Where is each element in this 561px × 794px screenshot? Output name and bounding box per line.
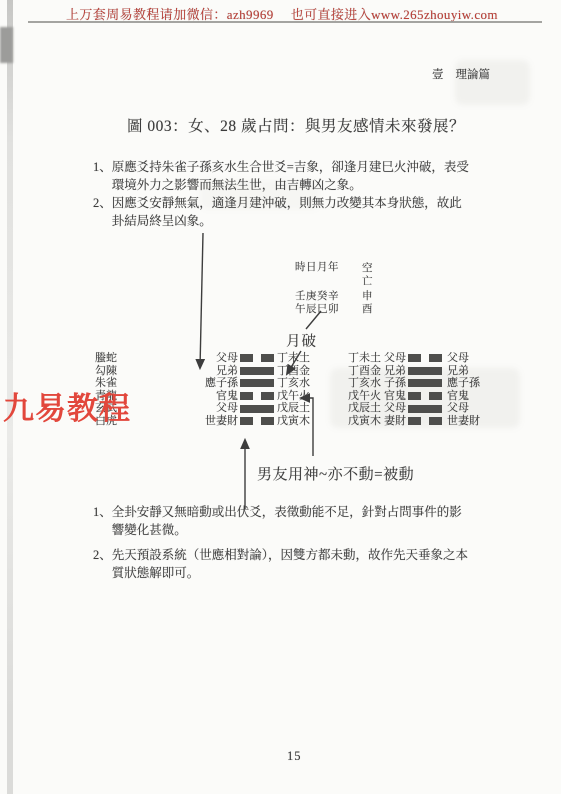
watermark-logo: 九易教程 — [3, 383, 131, 428]
hexagram-row: 父母 戊辰土 — [193, 402, 310, 415]
hexagram-resulting: 丁未土 父母 父母 丁酉金 兄弟 兄弟 丁亥水 子孫 應子孫 戊午火 官鬼 官鬼… — [348, 352, 480, 428]
arrow-to-ying-line — [200, 233, 203, 368]
scan-edge-dark-mark — [0, 27, 13, 63]
header-rule — [28, 21, 542, 23]
yao-line — [408, 405, 442, 413]
ganzhi-label: 戊午火 — [348, 390, 382, 403]
yao-line — [240, 354, 274, 362]
analysis-bottom-block: 1、 全卦安靜又無暗動或出伏爻，表徵動能不足，針對占問事件的影響變化甚微。 2、… — [93, 503, 471, 589]
ganzhi-label: 丁未土 — [348, 352, 382, 365]
relation-label: 應子孫 — [193, 377, 238, 390]
yao-line — [408, 379, 442, 387]
item-number: 1、 — [93, 158, 112, 194]
analysis-item: 1、 原應爻持朱雀子孫亥水生合世爻=吉象，卻逢月建巳火沖破，表受環境外力之影響而… — [93, 158, 471, 194]
chapter-heading: 壹理論篇 — [432, 66, 490, 82]
item-text: 先天預設系統（世應相對論），因雙方都未動，故作先天垂象之本質狀態解即可。 — [112, 546, 471, 582]
ganzhi-label: 戊午火 — [277, 390, 310, 403]
hexagram-row: 丁未土 父母 父母 — [348, 352, 480, 365]
section-name: 理論篇 — [456, 69, 491, 81]
relation-label: 父母 — [193, 352, 238, 365]
ganzhi-label: 丁酉金 — [277, 365, 310, 378]
hexagram-row: 兄弟 丁酉金 — [193, 365, 310, 378]
ganzhi-label: 丁未土 — [277, 352, 310, 365]
item-number: 1、 — [93, 503, 112, 539]
yao-line — [408, 354, 442, 362]
relation-label: 子孫 — [382, 377, 406, 390]
yao-line — [240, 417, 274, 425]
analysis-item: 2、 先天預設系統（世應相對論），因雙方都未動，故作先天垂象之本質狀態解即可。 — [93, 546, 471, 582]
relation-label: 父母 — [193, 402, 238, 415]
relation-label: 兄弟 — [382, 365, 406, 378]
hexagram-row: 應子孫 丁亥水 — [193, 377, 310, 390]
relation-label: 妻財 — [382, 415, 406, 428]
date-pillars-branches: 午辰巳卯 — [295, 301, 339, 316]
hexagram-row: 戊午火 官鬼 官鬼 — [348, 390, 480, 403]
ganzhi-label: 戊辰土 — [348, 402, 382, 415]
hexagram-row: 世妻財 戊寅木 — [193, 415, 310, 428]
month-break-label: 月破 — [286, 330, 317, 351]
relation-label-right: 應子孫 — [447, 377, 480, 390]
relation-label-right: 父母 — [447, 402, 469, 415]
ganzhi-label: 戊辰土 — [277, 402, 310, 415]
relation-label-right: 父母 — [447, 352, 469, 365]
relation-label: 兄弟 — [193, 365, 238, 378]
date-pillars-header: 時日月年 — [295, 259, 339, 274]
item-number: 2、 — [93, 546, 112, 582]
relation-label: 官鬼 — [382, 390, 406, 403]
item-number: 2、 — [93, 194, 112, 230]
analysis-item: 2、 因應爻安靜無氣，適逢月建沖破，則無力改變其本身狀態，故此卦結局終呈凶象。 — [93, 194, 471, 230]
ganzhi-label: 戊寅木 — [277, 415, 310, 428]
ganzhi-label: 丁酉金 — [348, 365, 382, 378]
analysis-top-block: 1、 原應爻持朱雀子孫亥水生合世爻=吉象，卻逢月建巳火沖破，表受環境外力之影響而… — [93, 158, 471, 230]
relation-label: 父母 — [382, 402, 406, 415]
ganzhi-label: 戊寅木 — [348, 415, 382, 428]
yongshen-annotation: 男友用神~亦不動=被動 — [257, 463, 414, 484]
item-text: 因應爻安靜無氣，適逢月建沖破，則無力改變其本身狀態，故此卦結局終呈凶象。 — [112, 194, 471, 230]
analysis-item: 1、 全卦安靜又無暗動或出伏爻，表徵動能不足，針對占問事件的影響變化甚微。 — [93, 503, 471, 539]
hexagram-row: 丁酉金 兄弟 兄弟 — [348, 365, 480, 378]
beast-name: 勾陳 — [95, 365, 117, 378]
figure-title: 圖 003：女、28 歲占問：與男友感情未來發展？ — [127, 114, 465, 136]
scanned-book-page: 上万套周易教程请加微信：azh9969 也可直接进入www.265zhouyiw… — [0, 0, 561, 794]
ganzhi-label: 丁亥水 — [348, 377, 382, 390]
hexagram-row: 父母 丁未土 — [193, 352, 310, 365]
yao-line — [408, 392, 442, 400]
yao-line — [240, 392, 274, 400]
hexagram-row: 丁亥水 子孫 應子孫 — [348, 377, 480, 390]
yao-line — [240, 367, 274, 375]
relation-label: 世妻財 — [193, 415, 238, 428]
relation-label: 父母 — [382, 352, 406, 365]
relation-label-right: 兄弟 — [447, 365, 469, 378]
hexagram-row: 戊寅木 妻財 世妻財 — [348, 415, 480, 428]
chapter-number: 壹 — [432, 69, 444, 81]
beast-name: 螣蛇 — [95, 352, 117, 365]
relation-label: 官鬼 — [193, 390, 238, 403]
yao-line — [240, 379, 274, 387]
void-label-bottom: 亡 — [362, 273, 373, 288]
page-number: 15 — [287, 749, 302, 764]
yao-line — [240, 405, 274, 413]
relation-label-right: 世妻財 — [447, 415, 480, 428]
hexagram-row: 戊辰土 父母 父母 — [348, 402, 480, 415]
item-text: 全卦安靜又無暗動或出伏爻，表徵動能不足，針對占問事件的影響變化甚微。 — [112, 503, 471, 539]
item-text: 原應爻持朱雀子孫亥水生合世爻=吉象，卻逢月建巳火沖破，表受環境外力之影響而無法生… — [112, 158, 471, 194]
hexagram-original: 父母 丁未土 兄弟 丁酉金 應子孫 丁亥水 官鬼 戊午火 父母 戊辰土 世妻財 … — [193, 352, 310, 428]
yao-line — [408, 417, 442, 425]
relation-label-right: 官鬼 — [447, 390, 469, 403]
yao-line — [408, 367, 442, 375]
hexagram-row: 官鬼 戊午火 — [193, 390, 310, 403]
ganzhi-label: 丁亥水 — [277, 377, 310, 390]
void-branch-2: 酉 — [362, 301, 373, 316]
